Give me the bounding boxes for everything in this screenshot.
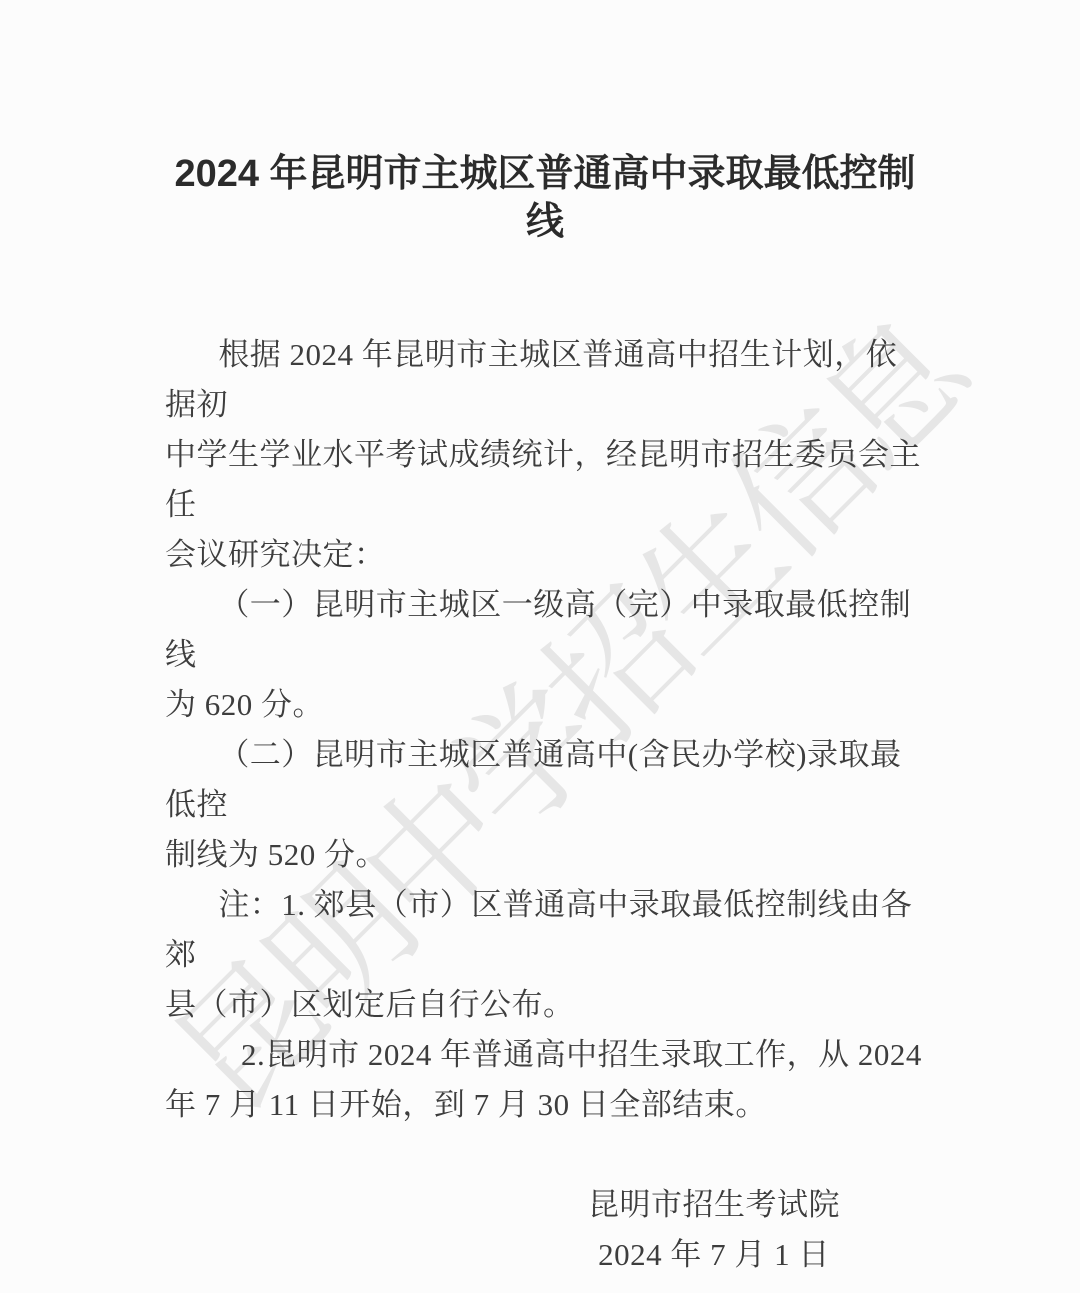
- paragraph-note-1: 注：1. 郊县（市）区普通高中录取最低控制线由各郊 县（市）区划定后自行公布。: [165, 880, 925, 1030]
- signature-issuer: 昆明市招生考试院: [588, 1180, 840, 1230]
- signature-date: 2024 年 7 月 1 日: [588, 1230, 840, 1280]
- signature-block: 昆明市招生考试院 2024 年 7 月 1 日: [588, 1180, 840, 1280]
- notice-title: 2024 年昆明市主城区普通高中录取最低控制线: [165, 150, 925, 246]
- paragraph-item-1-tier1-line-620: （一）昆明市主城区一级高（完）中录取最低控制线 为 620 分。: [165, 580, 925, 730]
- notice-page: 昆明中学招生信息 2024 年昆明市主城区普通高中录取最低控制线 根据 2024…: [0, 0, 1080, 1293]
- paragraph-intro: 根据 2024 年昆明市主城区普通高中招生计划，依据初 中学生学业水平考试成绩统…: [165, 330, 925, 580]
- paragraph-note-2: 2.昆明市 2024 年普通高中招生录取工作，从 2024 年 7 月 11 日…: [165, 1030, 925, 1130]
- paragraph-item-2-general-line-520: （二）昆明市主城区普通高中(含民办学校)录取最低控 制线为 520 分。: [165, 730, 925, 880]
- notice-content: 2024 年昆明市主城区普通高中录取最低控制线 根据 2024 年昆明市主城区普…: [165, 150, 925, 1280]
